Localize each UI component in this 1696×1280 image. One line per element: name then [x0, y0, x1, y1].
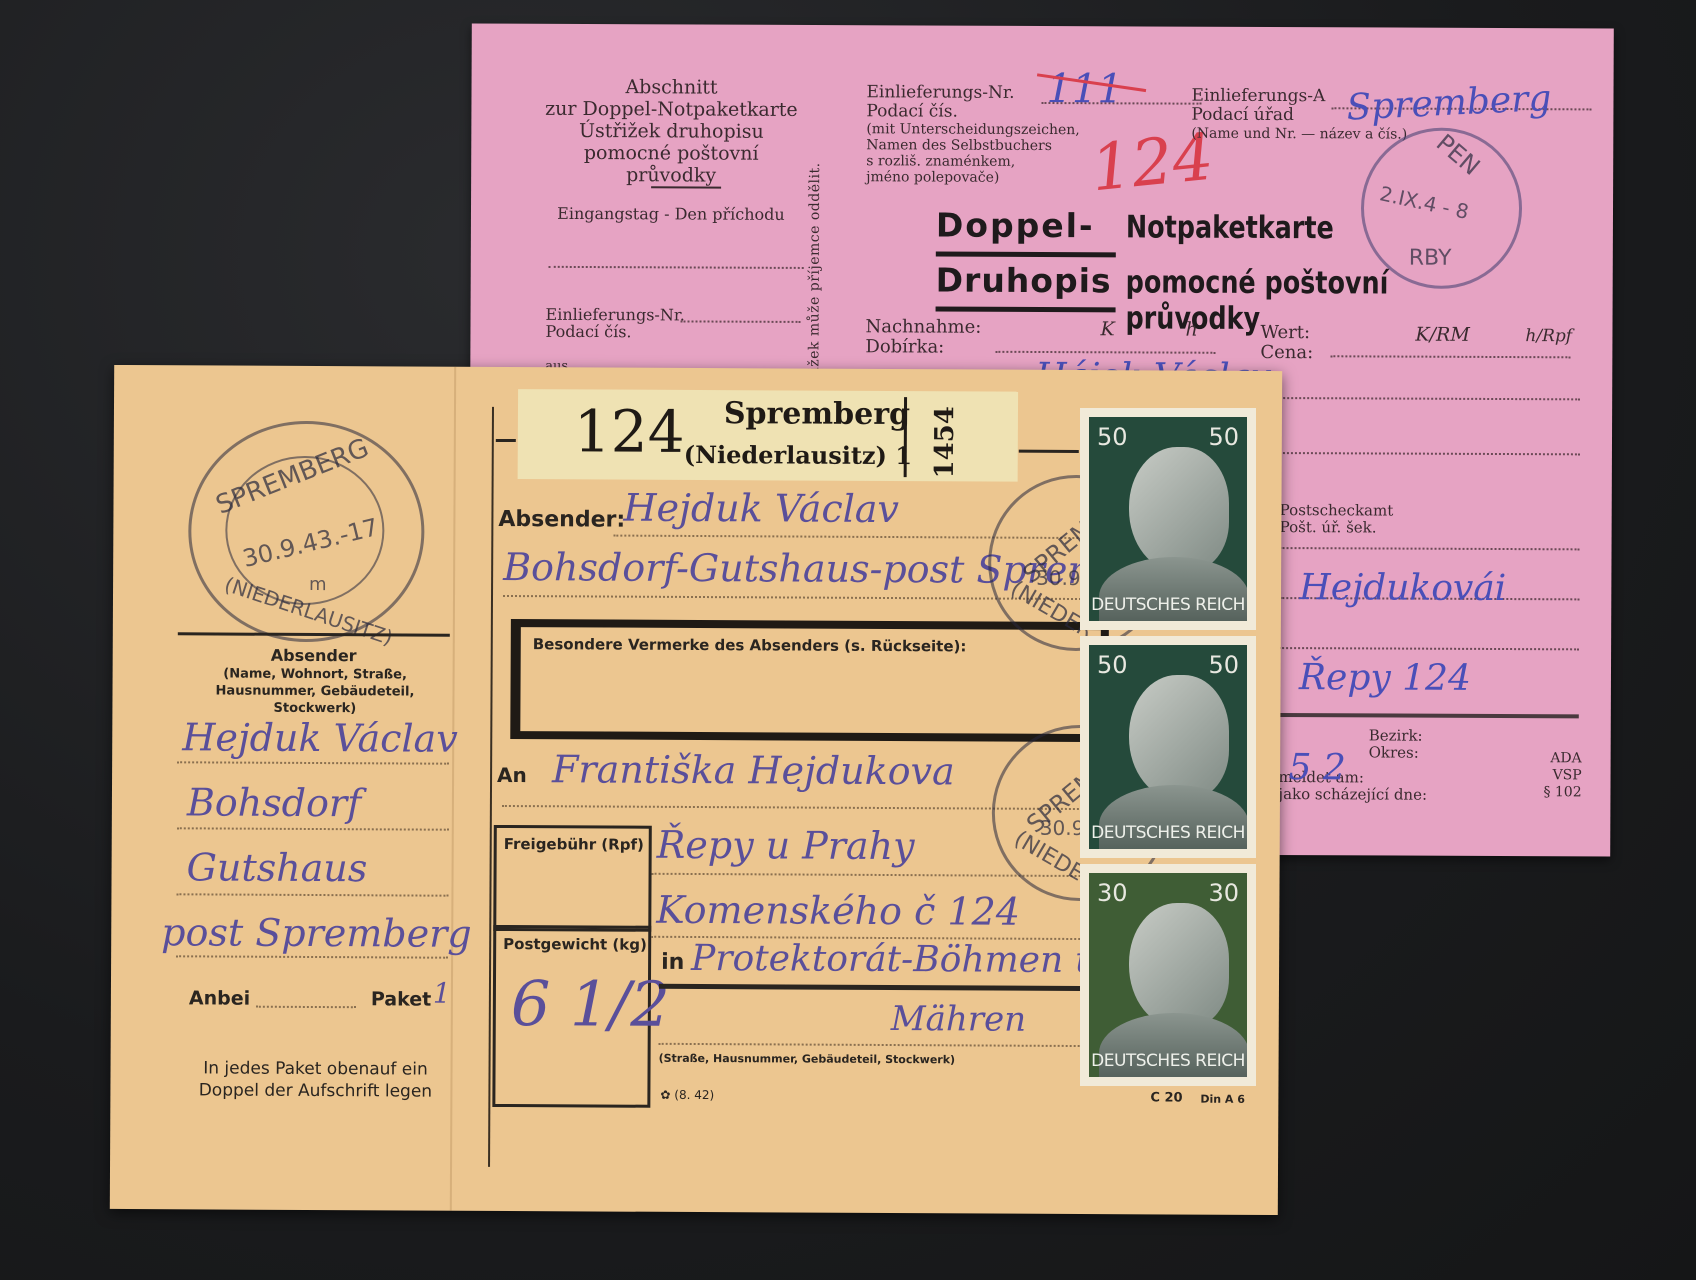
field-line [176, 893, 448, 896]
label-de: Wert: [1260, 323, 1313, 343]
field-line [177, 827, 449, 830]
margin-line: ADA [1544, 750, 1582, 767]
date-field [549, 266, 804, 269]
label-cs: Dobírka: [865, 337, 981, 358]
stamp-value: 30 [1208, 879, 1239, 907]
divider [651, 186, 721, 188]
postage-stamp: 50 50 DEUTSCHES REICH [1080, 636, 1256, 858]
label-cs: Pošt. úř. šek. [1280, 519, 1394, 536]
postage-stamp: 30 30 DEUTSCHES REICH [1080, 864, 1256, 1086]
recipient-handwritten: Hejdukovái [1299, 567, 1506, 609]
print-code-text: (8. 42) [674, 1088, 714, 1102]
stub-number-label: Einlieferungs-Nr. Podací čís. [545, 306, 684, 341]
postmark-date: 2.IX.4 - 8 [1378, 181, 1471, 224]
registration-code: 1454 [930, 406, 960, 479]
cod-unit-h: h [1185, 319, 1197, 341]
stub-title-line: zur Doppel-Notpaketkarte [541, 98, 801, 121]
postmark-left: SPREMBERG 30.9.43.-17 m (NIEDERLAUSITZ) [188, 420, 425, 642]
stamp-value: 50 [1208, 423, 1239, 451]
title-underline [936, 307, 1116, 313]
cod-label: Nachnahme: Dobírka: [865, 317, 981, 358]
stub-number-field [681, 320, 801, 323]
stub-title: Abschnitt zur Doppel-Notpaketkarte Ústři… [541, 76, 801, 187]
to-label: An [497, 763, 527, 787]
paket-label: Paket [371, 988, 431, 1010]
footer-line: In jedes Paket obenauf ein [180, 1057, 450, 1080]
cod-field [995, 351, 1215, 354]
stamp-text: DEUTSCHES REICH [1089, 823, 1247, 843]
postage-stamps: 50 50 DEUTSCHES REICH 50 50 DEUTSCHES RE… [1080, 408, 1265, 1092]
sender-handwritten-line: Gutshaus [186, 845, 367, 890]
recipient-line: Františka Hejdukova [552, 747, 955, 793]
note: (Name und Nr. — název a čís.) [1191, 125, 1407, 145]
footer-note: In jedes Paket obenauf ein Doppel der Au… [180, 1057, 450, 1102]
print-mark-icon: ✿ [660, 1088, 674, 1102]
portrait-icon [1129, 903, 1229, 1028]
handwritten-digits: 5 2 [1288, 747, 1345, 788]
registration-sub: (Niederlausitz) 1 [684, 440, 912, 470]
value-unit: h/Rpf [1525, 326, 1572, 346]
din-format: Din A 6 [1200, 1093, 1245, 1106]
stub-title-line: pomocné poštovní průvodky [541, 142, 801, 187]
label-cs: Podací čís. [545, 323, 684, 341]
margin-line: VSP [1544, 767, 1582, 784]
sender-handwritten-line: Bohsdorf [187, 780, 361, 825]
crossed-number: 111 [1046, 66, 1123, 112]
address-note: (Straße, Hausnummer, Gebäudeteil, Stockw… [659, 1052, 956, 1067]
field-line [177, 761, 449, 764]
field-line [176, 955, 448, 958]
portrait-icon [1129, 447, 1229, 572]
note: jméno polepovače) [866, 169, 1079, 186]
note: Namen des Selbstbuchers [866, 137, 1079, 154]
title-druhopis: Druhopis [936, 261, 1112, 301]
sender-line: Hejduk Václav [623, 486, 899, 531]
vertical-note: Ústřižek může příjemce oddělit. [806, 105, 837, 405]
weight-value: 6 1/2 [511, 967, 670, 1041]
divider [1279, 713, 1579, 718]
anbei-field [256, 1006, 356, 1009]
title-underline [936, 252, 1116, 258]
title-notpaketkarte: Notpaketkarte [1126, 209, 1334, 246]
divider [496, 439, 516, 442]
label-cs: jako scházející dne: [1278, 786, 1427, 804]
field-line [1279, 647, 1579, 650]
title-doppel: Doppel- [936, 206, 1095, 246]
sender-subheading: (Name, Wohnort, Straße, Hausnummer, Gebä… [192, 665, 437, 717]
weight-label: Postgewicht (kg) [503, 935, 647, 954]
fold-line [450, 367, 456, 1211]
stamp-value: 30 [1097, 879, 1128, 907]
postage-stamp: 50 50 DEUTSCHES REICH [1080, 408, 1256, 630]
margin-notes: ADA VSP § 102 [1543, 750, 1581, 801]
district-label: Bezirk: Okres: [1369, 727, 1423, 761]
stamp-face: 30 30 DEUTSCHES REICH [1089, 873, 1247, 1077]
postmark-text: PEN [1431, 129, 1485, 181]
stamp-value: 50 [1208, 651, 1239, 679]
form-code: C 20 [1150, 1090, 1182, 1105]
label-de: Bezirk: [1369, 727, 1423, 744]
footer-line: Doppel der Aufschrift legen [180, 1079, 450, 1102]
margin-line: § 102 [1543, 784, 1581, 801]
label-de: Postscheckamt [1280, 502, 1394, 519]
paket-value: 1 [433, 977, 451, 1010]
portrait-icon [1129, 675, 1229, 800]
stamp-text: DEUTSCHES REICH [1089, 1051, 1247, 1071]
label-de: Einlieferungs-Nr. [546, 306, 685, 324]
label-de: Nachnahme: [865, 317, 981, 338]
print-code: ✿ (8. 42) [660, 1088, 714, 1102]
fee-label: Freigebühr (Rpf) [504, 835, 644, 854]
stamp-face: 50 50 DEUTSCHES REICH [1089, 417, 1247, 621]
registration-number: 124 [574, 397, 685, 466]
anbei-label: Anbei [189, 987, 250, 1009]
cod-unit-k: K [1100, 318, 1114, 340]
value-field [1330, 355, 1570, 358]
stamp-text: DEUTSCHES REICH [1089, 595, 1247, 615]
absender-label: Absender: [498, 507, 625, 533]
sender-handwritten-line: Hejduk Václav [182, 715, 458, 760]
stamp-face: 50 50 DEUTSCHES REICH [1089, 645, 1247, 849]
in-label: in [661, 950, 684, 975]
stub-title-line: Abschnitt [541, 76, 801, 99]
label-bar [904, 397, 907, 477]
recipient-line: Komenského č 124 [656, 888, 1020, 934]
office-handwritten: Spremberg [1346, 78, 1553, 129]
stub-title-line: Ústřižek druhopisu [541, 120, 801, 143]
recipient-line: Řepy u Prahy [657, 823, 915, 868]
field-line [1280, 547, 1580, 550]
note: s rozliš. znaménkem, [866, 153, 1079, 170]
sender-heading: Absender [178, 645, 450, 665]
divider [1019, 450, 1079, 453]
postmark-letter: m [309, 574, 327, 595]
value-unit: K/RM [1415, 324, 1469, 346]
date-label: Eingangstag - Den příchodu [541, 204, 801, 224]
country-line: Mähren [891, 999, 1026, 1040]
remarks-label: Besondere Vermerke des Absenders (s. Rüc… [533, 635, 967, 655]
stamp-value: 50 [1097, 651, 1128, 679]
country-line: Protektorát-Böhmen u. [691, 938, 1109, 981]
postal-check-label: Postscheckamt Pošt. úř. šek. [1280, 502, 1394, 536]
address-handwritten: Řepy 124 [1299, 657, 1471, 699]
label-cs: Okres: [1369, 744, 1423, 761]
sender-handwritten-line: post Spremberg [161, 910, 472, 956]
note: (mit Unterscheidungszeichen, [866, 121, 1079, 138]
stamp-value: 50 [1097, 423, 1128, 451]
